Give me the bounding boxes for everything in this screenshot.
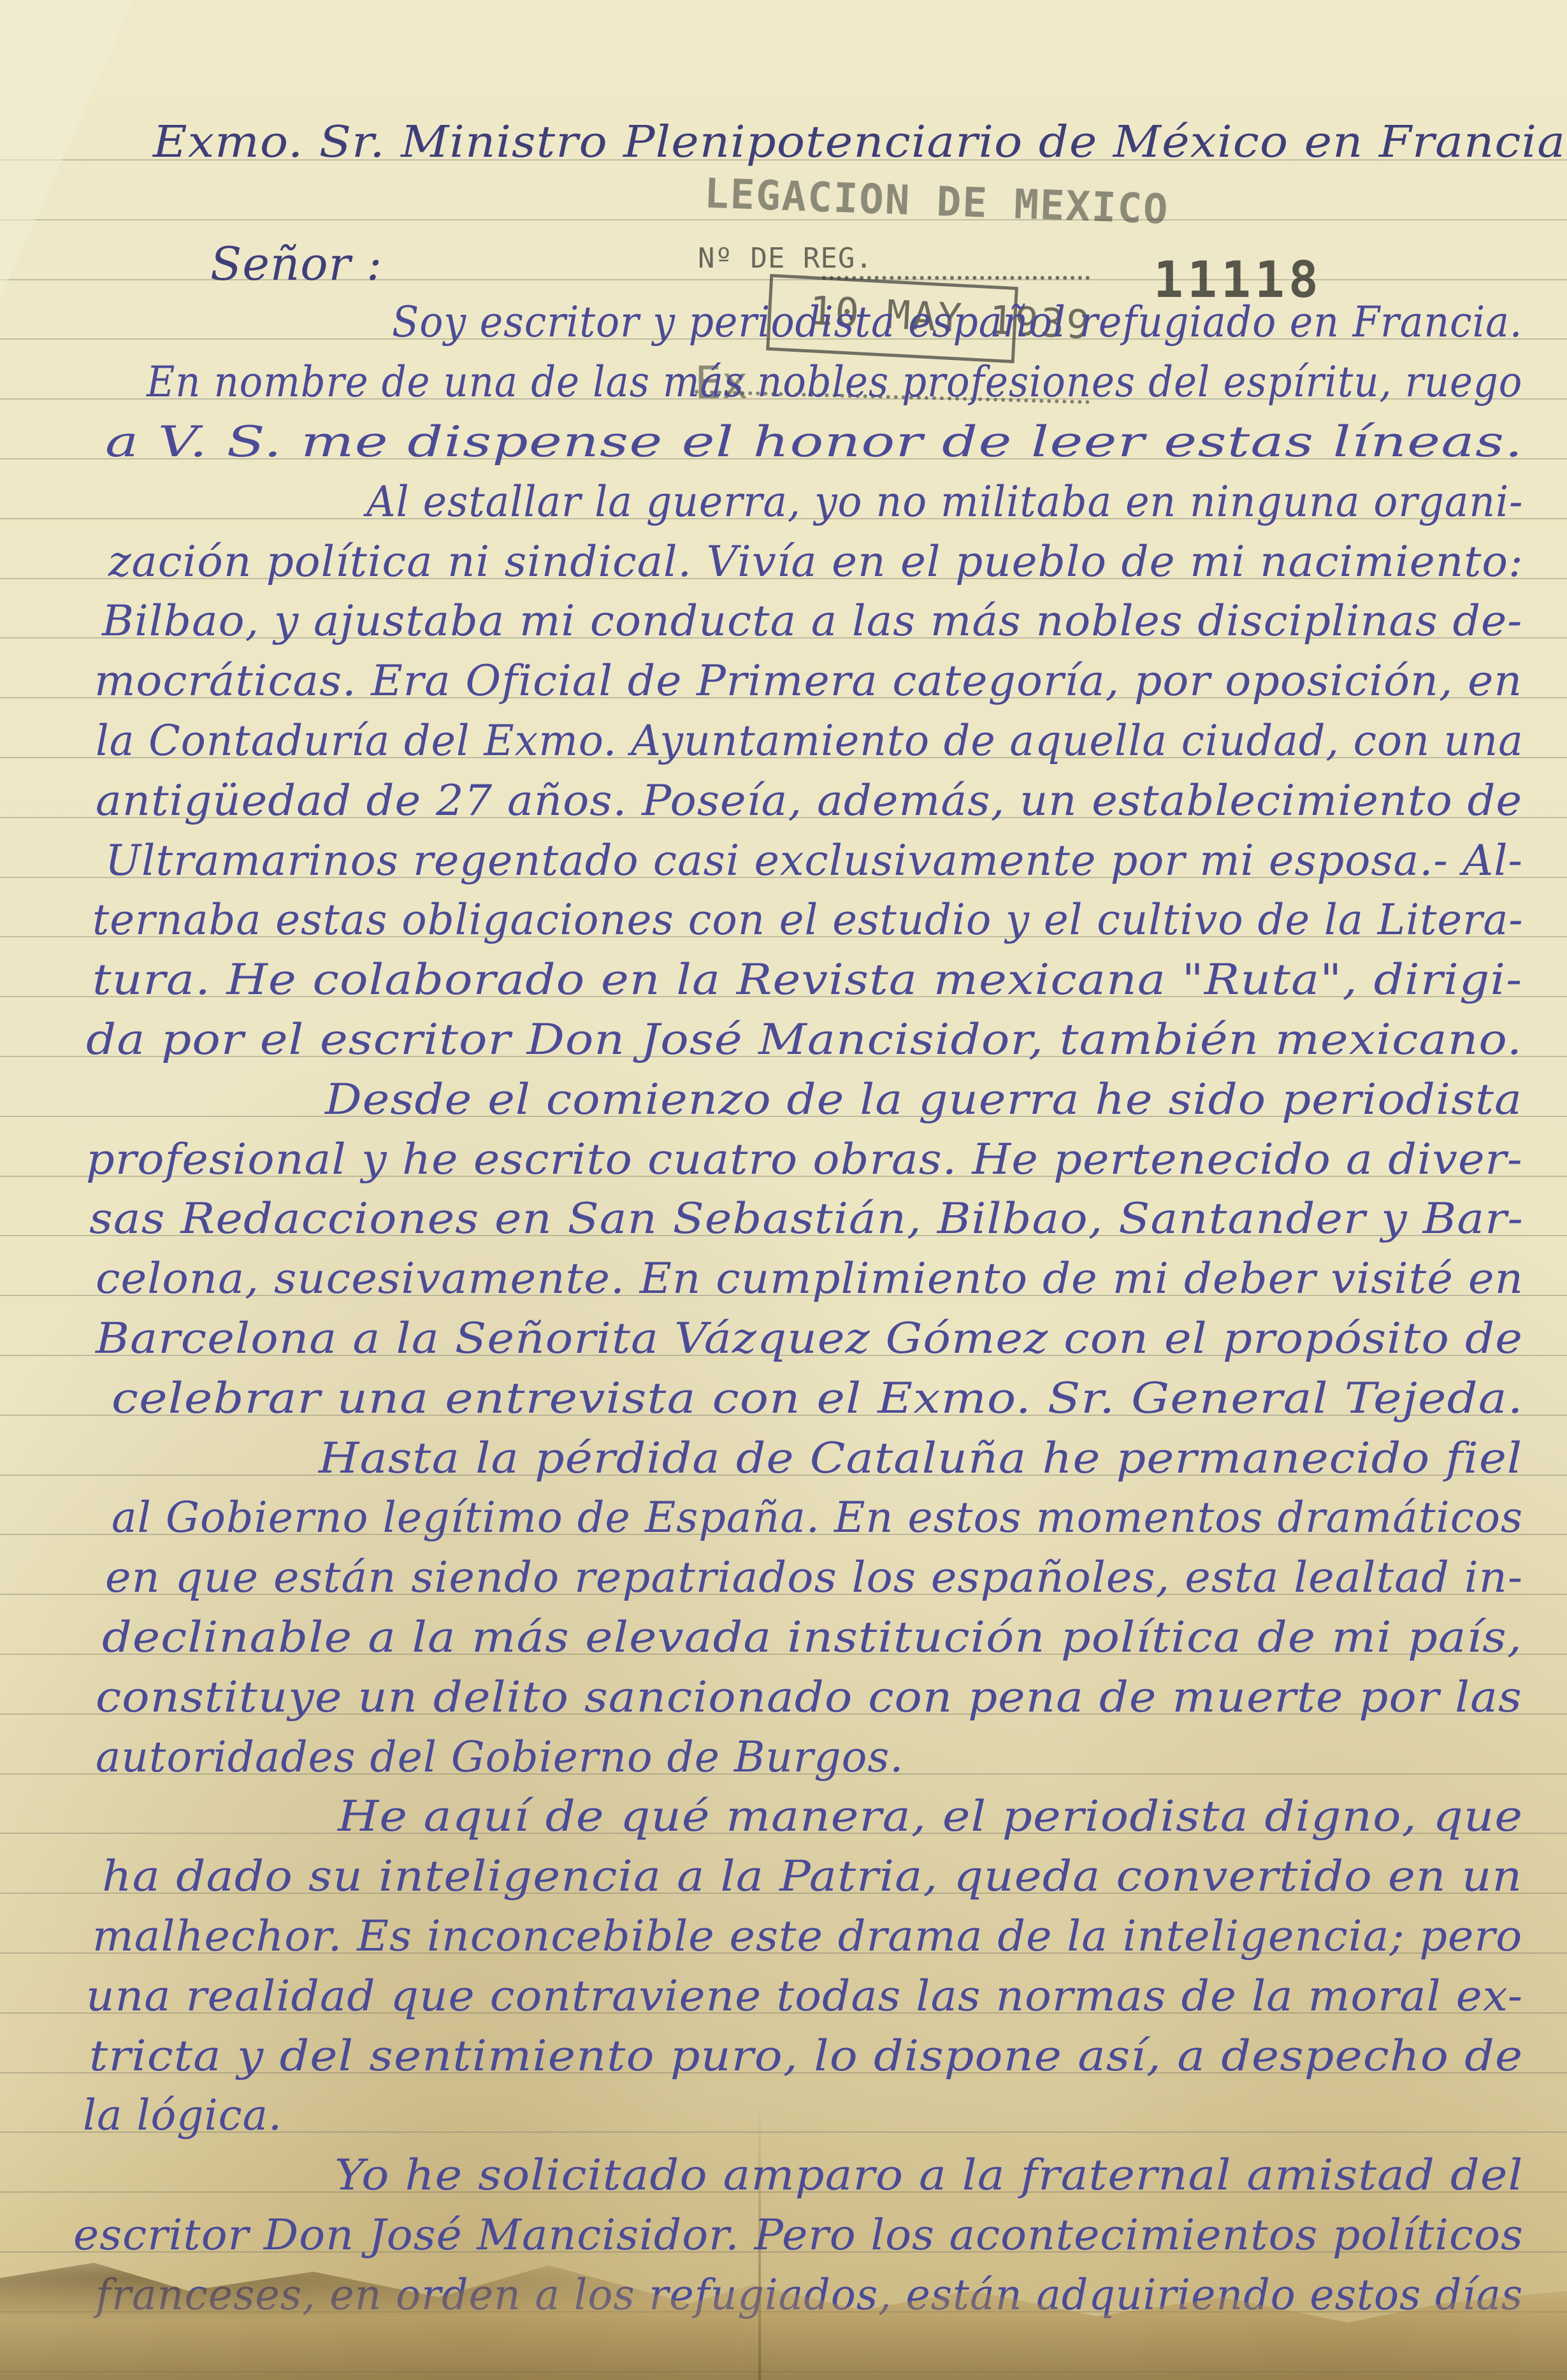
letter-line: en que están siendo repatriados los espa… xyxy=(105,1557,1523,1599)
letter-line: autoridades del Gobierno de Burgos. xyxy=(96,1736,904,1778)
letter-line: da por el escritor Don José Mancisidor, … xyxy=(86,1019,1522,1061)
legation-stamp: LEGACION DE MEXICO xyxy=(704,170,1170,233)
letter-line: Yo he solicitado amparo a la fraternal a… xyxy=(335,2154,1524,2196)
letter-line: celona, sucesivamente. En cumplimiento d… xyxy=(96,1258,1524,1300)
letter-line: constituye un delito sancionado con pena… xyxy=(96,1677,1522,1719)
letter-line: Barcelona a la Señorita Vázquez Gómez co… xyxy=(96,1318,1523,1360)
letter-line: ternaba estas obligaciones con el estudi… xyxy=(92,899,1524,941)
letter-line: ha dado su inteligencia a la Patria, que… xyxy=(102,1856,1522,1898)
letter-line: tricta y del sentimiento puro, lo dispon… xyxy=(89,2035,1523,2077)
letter-address: Exmo. Sr. Ministro Plenipotenciario de M… xyxy=(153,121,1567,164)
letter-line: Ultramarinos regentado casi exclusivamen… xyxy=(105,840,1523,882)
letter-line: la Contaduría del Exmo. Ayuntamiento de … xyxy=(96,720,1524,762)
register-label-stamp: Nº DE REG. xyxy=(698,242,873,275)
letter-line: Hasta la pérdida de Cataluña he permanec… xyxy=(319,1438,1522,1480)
letter-line: a V. S. me dispense el honor de leer est… xyxy=(105,421,1524,463)
letter-line: declinable a la más elevada institución … xyxy=(102,1617,1522,1659)
letter-line: al Gobierno legítimo de España. En estos… xyxy=(112,1497,1523,1539)
letter-line: Bilbao, y ajustaba mi conducta a las más… xyxy=(102,600,1522,642)
letter-line: malhechor. Es inconcebible este drama de… xyxy=(92,1915,1522,1958)
letter-line: He aquí de qué manera, el periodista dig… xyxy=(338,1796,1523,1838)
letter-line: zación política ni sindical. Vivía en el… xyxy=(108,541,1524,583)
letter-line: mocráticas. Era Oficial de Primera categ… xyxy=(94,660,1522,702)
letter-line: En nombre de una de las más nobles profe… xyxy=(147,361,1522,403)
letter-line: Al estallar la guerra, yo no militaba en… xyxy=(366,481,1523,523)
letter-line: profesional y he escrito cuatro obras. H… xyxy=(86,1139,1523,1181)
letter-line: antigüedad de 27 años. Poseía, además, u… xyxy=(96,780,1522,822)
letter-line: celebrar una entrevista con el Exmo. Sr.… xyxy=(112,1378,1524,1420)
letter-line: la lógica. xyxy=(83,2095,282,2137)
folded-corner xyxy=(0,0,134,299)
letter-page: Exmo. Sr. Ministro Plenipotenciario de M… xyxy=(0,0,1567,2380)
letter-line: una realidad que contraviene todas las n… xyxy=(86,1975,1523,2017)
letter-line: escritor Don José Mancisidor. Pero los a… xyxy=(73,2214,1524,2256)
letter-line: Soy escritor y periodista español refugi… xyxy=(392,301,1522,343)
letter-line: tura. He colaborado en la Revista mexica… xyxy=(92,959,1522,1001)
letter-salutation: Señor : xyxy=(210,241,382,287)
letter-line: Desde el comienzo de la guerra he sido p… xyxy=(325,1079,1522,1121)
letter-line: sas Redacciones en San Sebastián, Bilbao… xyxy=(89,1198,1524,1240)
